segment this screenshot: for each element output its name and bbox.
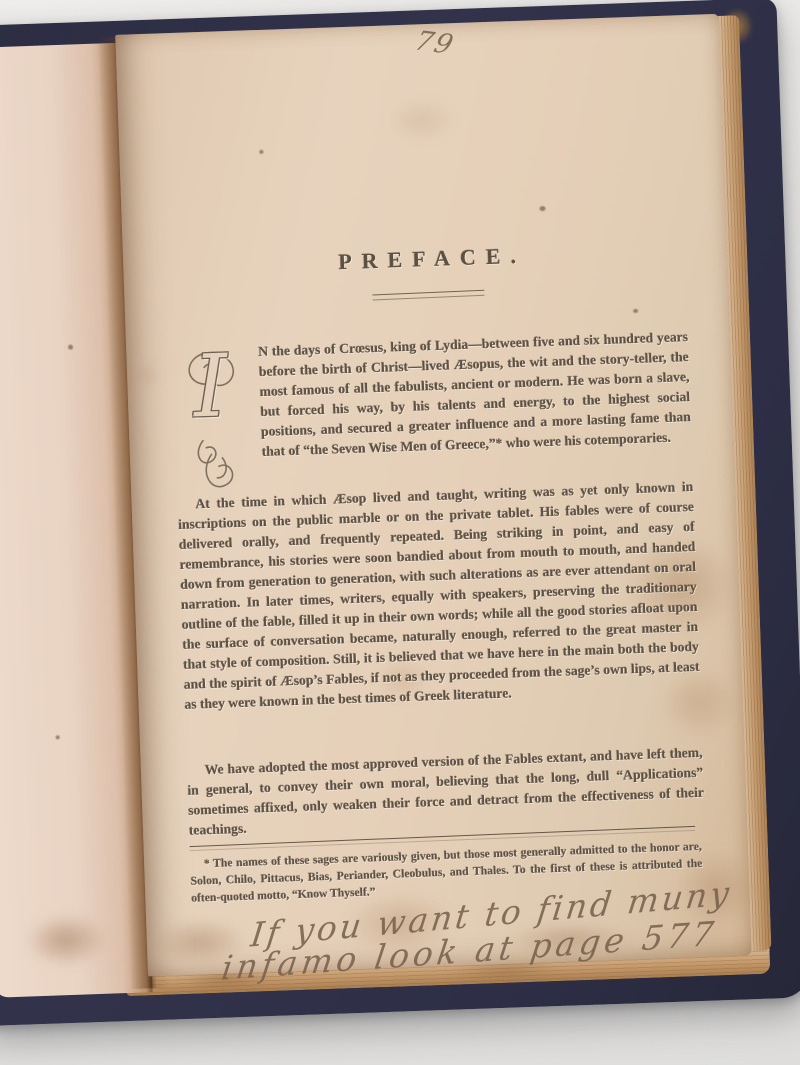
book-photo: 79 PREFACE. I [0,0,800,1065]
preface-paragraph-2: At the time in which Æsop lived and taug… [177,477,700,715]
title-rule [372,290,484,301]
preface-paragraph-1: N the days of Crœsus, king of Lydia—betw… [172,327,692,465]
book: 79 PREFACE. I [0,0,800,1026]
foxing-stain [133,363,164,386]
foxing-stain [10,903,122,977]
foxing-speck [56,735,60,739]
text-column: PREFACE. I N the days of Crœsu [161,15,710,974]
preface-page: 79 PREFACE. I [115,14,752,977]
preface-paragraph-3: We have adopted the most approved versio… [187,743,705,841]
page-title: PREFACE. [169,237,686,281]
foxing-speck [68,345,73,350]
